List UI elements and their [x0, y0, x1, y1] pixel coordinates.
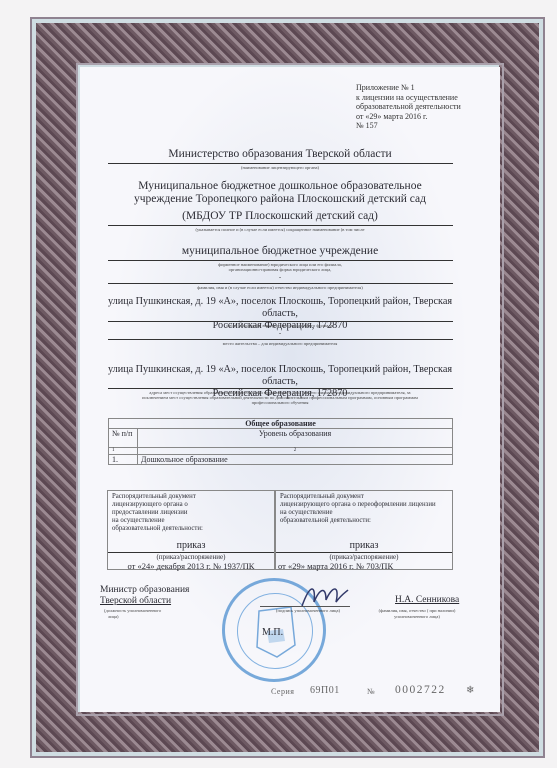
doc-text: Распорядительный документ [112, 493, 270, 501]
col-index-2: 2 [138, 448, 453, 455]
activity-address-line1: улица Пушкинская, д. 19 «А», поселок Пло… [100, 364, 460, 388]
doc-text: предоставлении лицензии [112, 509, 270, 517]
organization-short-name: (МБДОУ ТР Плоскошский детский сад) [105, 210, 455, 223]
signature-caption: (подпись уполномоченного лица) [268, 608, 348, 614]
organization-name-caption: (указывается полное и (в случае если име… [105, 227, 455, 233]
divider [108, 283, 453, 284]
education-table: Общее образование № п/п Уровень образова… [108, 418, 453, 465]
appendix-line: к лицензии на осуществление [356, 93, 461, 103]
name-caption: (фамилия, имя, отчество ( при наличии) у… [362, 608, 472, 619]
organization-name-line1: Муниципальное бюджетное дошкольное образ… [105, 180, 455, 193]
organization-name-line2: учреждение Торопецкого района Плоскошски… [105, 193, 455, 206]
doc-text: образовательной деятельности: [280, 517, 448, 525]
doc-text: Распорядительный документ [280, 493, 448, 501]
position-line1: Министр образования [100, 585, 189, 596]
divider [108, 260, 453, 261]
doc-text: лицензирующего органа о [112, 501, 270, 509]
entrepreneur-caption: фамилия, имя и (в случае если имеется) о… [105, 285, 455, 291]
residence-caption: место жительства – для индивидуального п… [105, 341, 455, 347]
legal-form: муниципальное бюджетное учреждение [105, 245, 455, 258]
appendix-date: от «29» марта 2016 г. [356, 112, 461, 122]
doc-text: на осуществление [280, 509, 448, 517]
row-level: Дошкольное образование [138, 455, 453, 465]
doc-text: на осуществление [112, 517, 270, 525]
series-value: 69П01 [310, 685, 340, 696]
initial-doc-type: приказ [107, 540, 275, 551]
divider [108, 225, 453, 226]
appendix-note: Приложение № 1 к лицензии на осуществлен… [356, 83, 461, 131]
appendix-title: Приложение № 1 [356, 83, 461, 93]
signatory-name: Н.А. Сенникова [395, 595, 459, 605]
divider [108, 388, 453, 389]
issuer-name: Министерство образования Тверской област… [110, 148, 450, 161]
divider [108, 163, 453, 164]
number-label: № [367, 687, 375, 696]
doc-text: лицензирующего органа о переоформлении л… [280, 501, 448, 509]
snowflake-icon: ❄ [466, 685, 475, 696]
location-address-line1: улица Пушкинская, д. 19 «А», поселок Пло… [100, 296, 460, 320]
legal-form-caption2: организационно-правовая форма юридическо… [105, 267, 455, 273]
col-index-1: 1 [109, 448, 138, 455]
reissue-doc-date-number: от «29» марта 2016 г. № 703/ПК [278, 561, 456, 571]
residence-value: - [105, 331, 455, 337]
entrepreneur-value: - [105, 275, 455, 281]
issuer-caption: (наименование лицензирующего органа) [110, 165, 450, 171]
activity-caption3: профессионального обучения [105, 400, 455, 406]
series-label: Серия [271, 687, 294, 696]
table-title: Общее образование [109, 419, 453, 429]
license-number: 0002722 [395, 684, 446, 696]
table-row: 1. Дошкольное образование [109, 455, 453, 465]
position-caption-line1: (должность уполномоченного [104, 608, 161, 614]
position-caption-line2: лица) [104, 614, 161, 620]
col-header-level: Уровень образования [138, 429, 453, 448]
seal-mark: М.П. [262, 627, 283, 638]
row-number: 1. [109, 455, 138, 465]
appendix-number: № 157 [356, 121, 461, 131]
reissue-doc-type-caption: (приказ/распоряжение) [275, 553, 453, 561]
doc-text: образовательной деятельности: [112, 525, 270, 533]
reissue-doc-type: приказ [275, 540, 453, 551]
position-caption: (должность уполномоченного лица) [104, 608, 161, 619]
signatory-position: Министр образования Тверской области [100, 585, 189, 607]
position-line2: Тверской области [100, 596, 189, 607]
initial-doc-type-caption: (приказ/распоряжение) [107, 553, 275, 561]
col-header-number: № п/п [109, 429, 138, 448]
initial-doc-date-number: от «24» декабря 2013 г. № 1937/ПК [107, 561, 275, 571]
signature-icon [300, 580, 350, 610]
divider [108, 321, 453, 322]
location-caption: место нахождения юридического лица или е… [105, 323, 455, 329]
divider [108, 339, 453, 340]
appendix-line: образовательной деятельности [356, 102, 461, 112]
name-caption-line2: уполномоченного лица) [362, 614, 472, 620]
